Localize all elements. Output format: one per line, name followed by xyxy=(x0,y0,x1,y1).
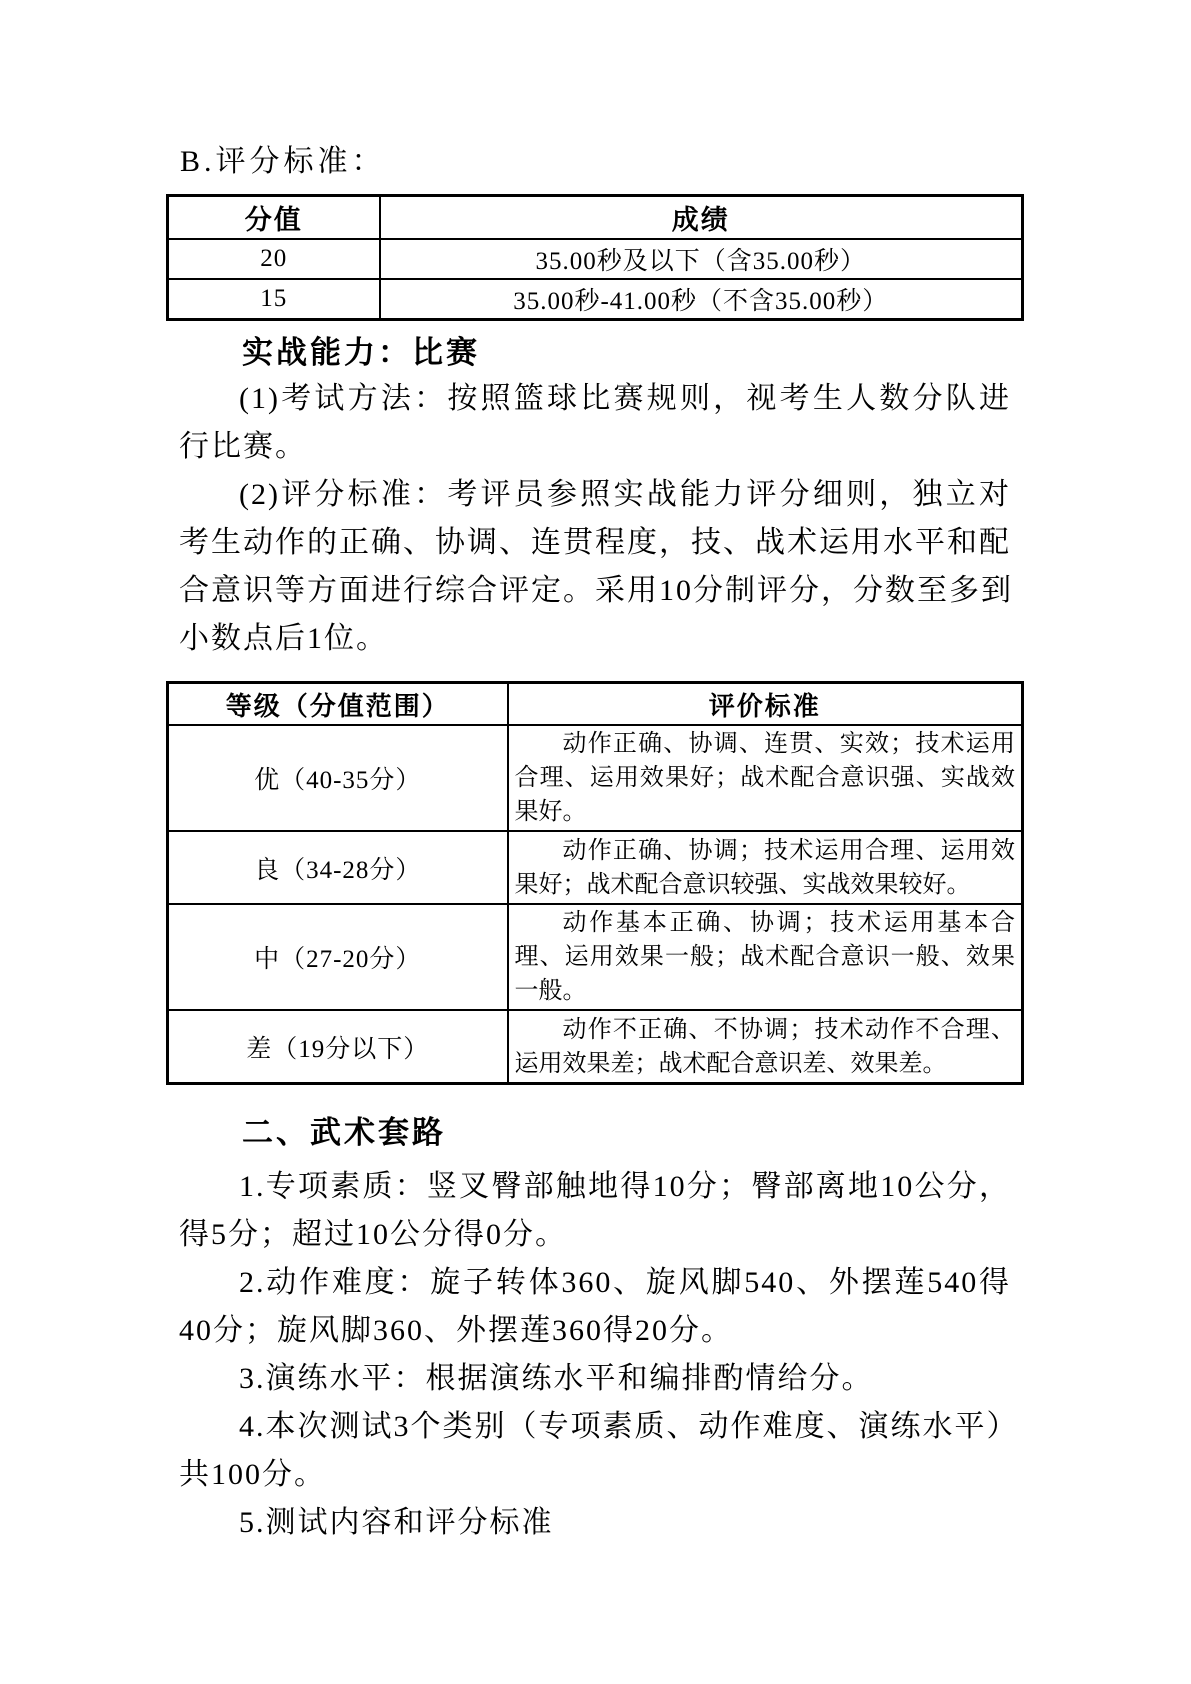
score-cell: 20 xyxy=(168,239,380,279)
criteria-cell: 动作不正确、不协调；技术动作不合理、运用效果差；战术配合意识差、效果差。 xyxy=(508,1010,1023,1084)
text-line: 1.专项素质：竖叉臀部触地得10分；臀部离地10公分， xyxy=(179,1163,1011,1211)
wushu-item-3: 3.演练水平：根据演练水平和编排酌情给分。 xyxy=(179,1355,1011,1403)
text-line: 考生动作的正确、协调、连贯程度，技、战术运用水平和配 xyxy=(179,519,1011,567)
scoring-standard-paragraph: (2)评分标准：考评员参照实战能力评分细则，独立对 考生动作的正确、协调、连贯程… xyxy=(179,471,1011,663)
section-b-label: B.评分标准： xyxy=(166,142,1024,182)
result-cell: 35.00秒及以下（含35.00秒） xyxy=(380,239,1023,279)
grade-table-row: 中（27-20分） 动作基本正确、协调；技术运用基本合理、运用效果一般；战术配合… xyxy=(168,904,1023,1010)
result-cell: 35.00秒-41.00秒（不含35.00秒） xyxy=(380,279,1023,320)
wushu-item-4: 4.本次测试3个类别（专项素质、动作难度、演练水平） 共100分。 xyxy=(179,1403,1011,1499)
score-table-row: 20 35.00秒及以下（含35.00秒） xyxy=(168,239,1023,279)
exam-method-paragraph: (1)考试方法：按照篮球比赛规则，视考生人数分队进 行比赛。 xyxy=(179,375,1011,471)
criteria-cell: 动作正确、协调；技术运用合理、运用效果好；战术配合意识较强、实战效果较好。 xyxy=(508,831,1023,904)
text-line: 4.本次测试3个类别（专项素质、动作难度、演练水平） xyxy=(179,1403,1011,1451)
grade-column-header: 等级（分值范围） xyxy=(168,683,508,726)
grade-cell: 中（27-20分） xyxy=(168,904,508,1010)
text-line: (2)评分标准：考评员参照实战能力评分细则，独立对 xyxy=(179,471,1011,519)
combat-ability-heading: 实战能力：比赛 xyxy=(166,331,1024,375)
score-table-header-row: 分值 成绩 xyxy=(168,196,1023,240)
text-line: 共100分。 xyxy=(179,1451,1011,1499)
grade-table-row: 良（34-28分） 动作正确、协调；技术运用合理、运用效果好；战术配合意识较强、… xyxy=(168,831,1023,904)
text-line: (1)考试方法：按照篮球比赛规则，视考生人数分队进 xyxy=(179,375,1011,423)
grade-cell: 差（19分以下） xyxy=(168,1010,508,1084)
grade-cell: 优（40-35分） xyxy=(168,725,508,831)
score-column-header: 分值 xyxy=(168,196,380,240)
criteria-cell: 动作正确、协调、连贯、实效；技术运用合理、运用效果好；战术配合意识强、实战效果好… xyxy=(508,725,1023,831)
text-line: 40分；旋风脚360、外摆莲360得20分。 xyxy=(179,1307,1011,1355)
text-line: 5.测试内容和评分标准 xyxy=(179,1499,1011,1547)
grade-criteria-table: 等级（分值范围） 评价标准 优（40-35分） 动作正确、协调、连贯、实效；技术… xyxy=(166,681,1024,1085)
score-table-row: 15 35.00秒-41.00秒（不含35.00秒） xyxy=(168,279,1023,320)
criteria-cell: 动作基本正确、协调；技术运用基本合理、运用效果一般；战术配合意识一般、效果一般。 xyxy=(508,904,1023,1010)
wushu-item-2: 2.动作难度：旋子转体360、旋风脚540、外摆莲540得 40分；旋风脚360… xyxy=(179,1259,1011,1355)
score-value-table: 分值 成绩 20 35.00秒及以下（含35.00秒） 15 35.00秒-41… xyxy=(166,194,1024,321)
criteria-column-header: 评价标准 xyxy=(508,683,1023,726)
result-column-header: 成绩 xyxy=(380,196,1023,240)
grade-table-row: 优（40-35分） 动作正确、协调、连贯、实效；技术运用合理、运用效果好；战术配… xyxy=(168,725,1023,831)
grade-cell: 良（34-28分） xyxy=(168,831,508,904)
wushu-item-1: 1.专项素质：竖叉臀部触地得10分；臀部离地10公分， 得5分；超过10公分得0… xyxy=(179,1163,1011,1259)
text-line: 小数点后1位。 xyxy=(179,615,1011,663)
text-line: 2.动作难度：旋子转体360、旋风脚540、外摆莲540得 xyxy=(179,1259,1011,1307)
wushu-routine-heading: 二、武术套路 xyxy=(166,1111,1024,1155)
text-line: 得5分；超过10公分得0分。 xyxy=(179,1211,1011,1259)
text-line: 合意识等方面进行综合评定。采用10分制评分，分数至多到 xyxy=(179,567,1011,615)
text-line: 3.演练水平：根据演练水平和编排酌情给分。 xyxy=(179,1355,1011,1403)
grade-table-row: 差（19分以下） 动作不正确、不协调；技术动作不合理、运用效果差；战术配合意识差… xyxy=(168,1010,1023,1084)
document-page: B.评分标准： 分值 成绩 20 35.00秒及以下（含35.00秒） 15 3… xyxy=(0,0,1191,1684)
score-cell: 15 xyxy=(168,279,380,320)
text-line: 行比赛。 xyxy=(179,423,1011,471)
grade-table-header-row: 等级（分值范围） 评价标准 xyxy=(168,683,1023,726)
wushu-item-5: 5.测试内容和评分标准 xyxy=(179,1499,1011,1547)
page-content: B.评分标准： 分值 成绩 20 35.00秒及以下（含35.00秒） 15 3… xyxy=(166,142,1024,1547)
